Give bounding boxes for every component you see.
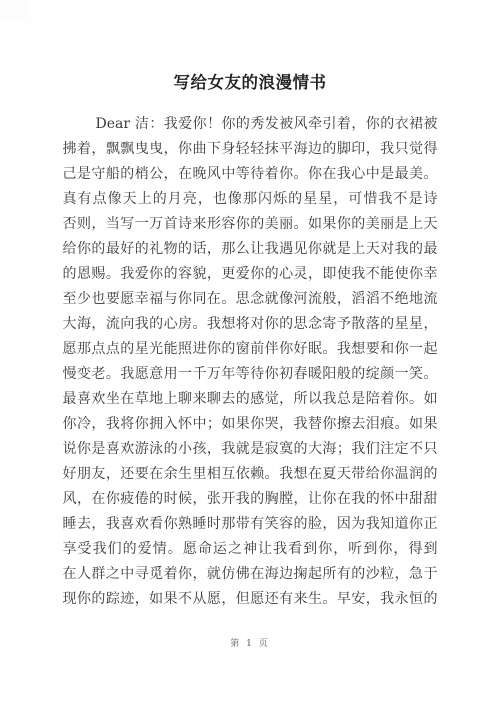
letter-line: 好朋友，还要在余生里相互依赖。我想在夏天带给你温润的凉 <box>63 462 438 487</box>
letter-line: 给你的最好的礼物的话，那么让我遇见你就是上天对我的最好 <box>63 237 438 262</box>
letter-line: 己是守船的梢公，在晚风中等待着你。你在我心中是最美。你 <box>63 162 438 187</box>
letter-line: 享受我们的爱情。愿命运之神让我看到你，听到你，得到你。 <box>63 537 438 562</box>
letter-line: 至少也要愿幸福与你同在。思念就像河流般，滔滔不绝地流向 <box>63 287 438 312</box>
letter-line: Dear 洁：我爱你！你的秀发被风牵引着，你的衣裙被风轻 <box>63 112 438 137</box>
letter-line: 愿那点点的星光能照进你的窗前伴你好眠。我想要和你一起慢 <box>63 337 438 362</box>
letter-line: 否则，当写一万首诗来形容你的美丽。如果你的美丽是上天送 <box>63 212 438 237</box>
letter-line: 风，在你疲倦的时候，张开我的胸膛，让你在我的怀中甜甜的 <box>63 487 438 512</box>
letter-line: 说你是喜欢游泳的小孩，我就是寂寞的大海；我们注定不只是 <box>63 437 438 462</box>
document-page: 写给女友的浪漫情书 Dear 洁：我爱你！你的秀发被风牵引着，你的衣裙被风轻拂着… <box>0 0 500 708</box>
letter-line: 你冷，我将你拥入怀中；如果你哭，我替你擦去泪痕。如果你 <box>63 412 438 437</box>
letter-body: Dear 洁：我爱你！你的秀发被风牵引着，你的衣裙被风轻拂着，飘飘曳曳，你曲下身… <box>63 112 438 612</box>
letter-line: 现你的踪迹，如果不从愿，但愿还有来生。早安，我永恒的爱 <box>63 587 438 612</box>
page-number: 第 1 页 <box>0 638 500 650</box>
letter-line: 大海，流向我的心房。我想将对你的思念寄予散落的星星，但 <box>63 312 438 337</box>
document-title: 写给女友的浪漫情书 <box>0 0 500 96</box>
letter-line: 睡去，我喜欢看你熟睡时那带有笑容的脸，因为我知道你正在 <box>63 512 438 537</box>
letter-line: 最喜欢坐在草地上聊来聊去的感觉，所以我总是陪着你。如果 <box>63 387 438 412</box>
scan-corner-artifact <box>0 0 30 22</box>
letter-line: 在人群之中寻觅着你，就仿佛在海边掬起所有的沙粒，急于发 <box>63 562 438 587</box>
letter-line: 真有点像天上的月亮，也像那闪烁的星星，可惜我不是诗人， <box>63 187 438 212</box>
letter-line: 拂着，飘飘曳曳，你曲下身轻轻抹平海边的脚印，我只觉得自 <box>63 137 438 162</box>
letter-line: 的恩赐。我爱你的容貌，更爱你的心灵，即使我不能使你幸福， <box>63 262 438 287</box>
letter-line: 慢变老。我愿意用一千万年等待你初春暖阳般的绽颜一笑。你 <box>63 362 438 387</box>
